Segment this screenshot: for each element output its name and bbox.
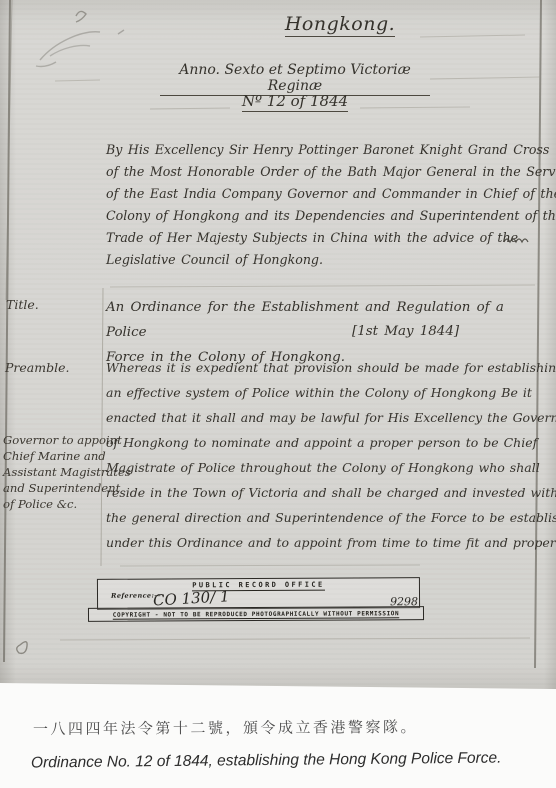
enacting-clause: By His Excellency Sir Henry Pottinger Ba… [106, 139, 542, 271]
text-line: under this Ordinance and to appoint from… [106, 530, 544, 555]
margin-note-governor-appointment: Governor to appointChief Marine andAssis… [3, 432, 105, 512]
text-line: Trade of Her Majesty Subjects in China w… [106, 227, 542, 249]
text-line: Assistant Magistrates [3, 464, 105, 480]
text-line: Whereas it is expedient that provision s… [106, 355, 544, 380]
text-line: Chief Marine and [3, 448, 105, 464]
text-line: of Hongkong to nominate and appoint a pr… [106, 430, 544, 455]
text-line: Governor to appoint [3, 432, 105, 448]
document-photo: Hongkong. Anno. Sexto et Septimo Victori… [0, 0, 556, 690]
ordinance-number-text: Nº 12 of 1844 [242, 92, 348, 112]
text-line: By His Excellency Sir Henry Pottinger Ba… [106, 139, 542, 161]
margin-note-preamble: Preamble. [5, 360, 69, 375]
stamp-office-title: PUBLIC RECORD OFFICE [98, 580, 419, 592]
text-line: Legislative Council of Hongkong. [106, 249, 542, 271]
text-line: reside in the Town of Victoria and shall… [106, 480, 544, 505]
place-heading: Hongkong. [240, 13, 440, 37]
caption-english: Ordinance No. 12 of 1844, establishing t… [31, 750, 502, 773]
text-line: and Superintendent [3, 480, 105, 496]
stamp-copyright-notice: COPYRIGHT - NOT TO BE REPRODUCED PHOTOGR… [88, 606, 424, 622]
photo-edge-left [4, 0, 12, 662]
text-line: Colony of Hongkong and its Dependencies … [106, 205, 542, 227]
regnal-year-heading: Anno. Sexto et Septimo Victoriæ Reginæ [160, 62, 430, 96]
ordinance-number-heading: Nº 12 of 1844 [230, 92, 360, 112]
margin-rule [101, 288, 103, 566]
text-line: of Police &c. [3, 496, 105, 512]
ordinance-date: [1st May 1844] [352, 319, 459, 344]
text-line: the general direction and Superintendenc… [106, 505, 544, 530]
ordinance-title-line1: An Ordinance for the Establishment and R… [106, 295, 542, 345]
regnal-year-heading-text: Anno. Sexto et Septimo Victoriæ Reginæ [160, 62, 430, 96]
preamble-text: Whereas it is expedient that provision s… [106, 355, 544, 555]
margin-note-title: Title. [6, 297, 39, 312]
text-line: Magistrate of Police throughout the Colo… [106, 455, 544, 480]
text-line: of the Most Honorable Order of the Bath … [106, 161, 542, 183]
text-line: enacted that it shall and may be lawful … [106, 405, 544, 430]
text-line: an effective system of Police within the… [106, 380, 544, 405]
caption-chinese: 一八四四年法令第十二號，頒令成立香港警察隊。 [33, 716, 418, 739]
place-heading-text: Hongkong. [285, 13, 395, 37]
text-line: of the East India Company Governor and C… [106, 183, 542, 205]
public-record-office-stamp: PUBLIC RECORD OFFICE Reference:— CO 130/… [97, 577, 420, 610]
stamp-reference-value: CO 130/ 1 [153, 587, 230, 609]
